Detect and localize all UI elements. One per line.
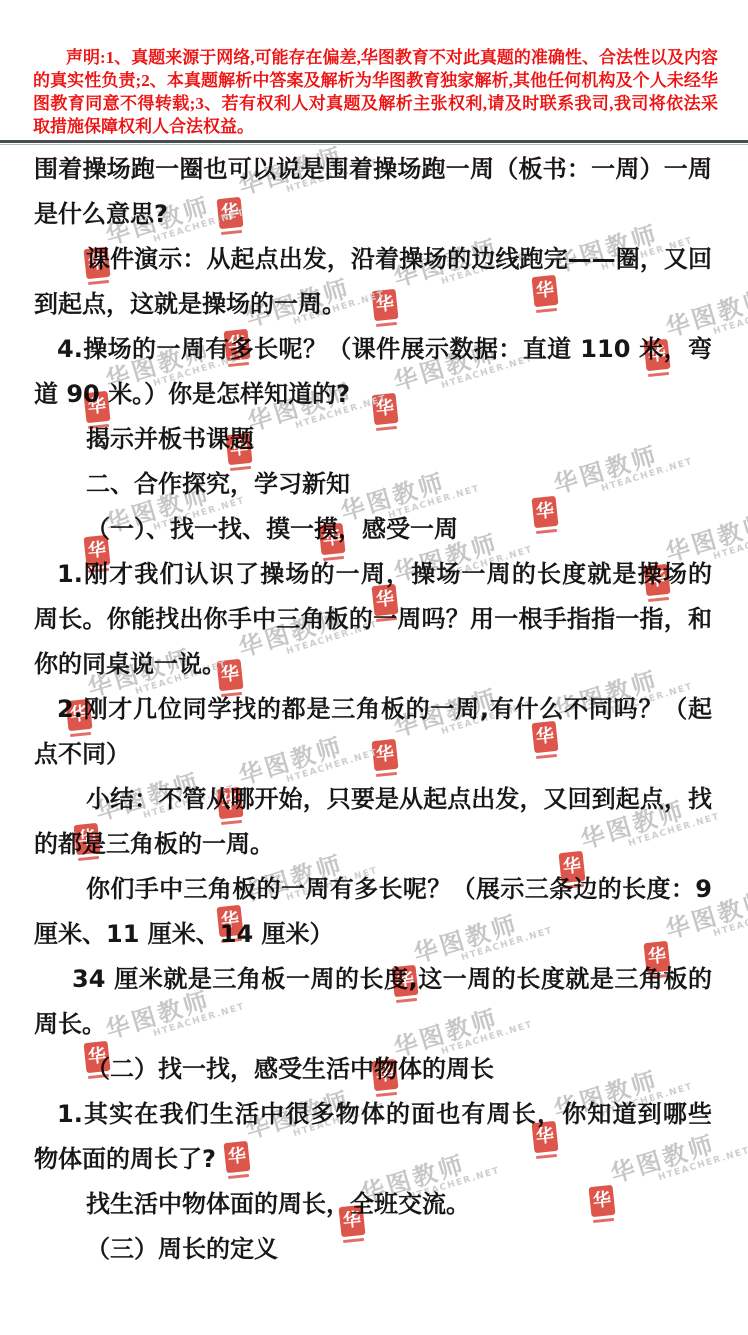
body-line: 是什么意思?	[34, 192, 712, 237]
body-line: 34 厘米就是三角板一周的长度,这一周的长度就是三角板的	[34, 957, 712, 1002]
body-line: 周长。	[34, 1002, 712, 1047]
document-body: 围着操场跑一圈也可以说是围着操场跑一周（板书：一周）一周是什么意思?课件演示：从…	[0, 145, 748, 1272]
body-line: 物体面的周长了?	[34, 1137, 712, 1182]
body-line: 二、合作探究，学习新知	[34, 462, 712, 507]
body-line: 4.操场的一周有多长呢？（课件展示数据：直道 110 米，弯	[34, 327, 712, 372]
body-line: 你的同桌说一说。	[34, 642, 712, 687]
body-line: 厘米、11 厘米、14 厘米）	[34, 912, 712, 957]
body-line: 点不同）	[34, 732, 712, 777]
body-line: 1.其实在我们生活中很多物体的面也有周长，你知道到哪些	[34, 1092, 712, 1137]
body-line: 小结：不管从哪开始，只要是从起点出发，又回到起点，找	[34, 777, 712, 822]
disclaimer: 声明:1、真题来源于网络,可能存在偏差,华图教育不对此真题的准确性、合法性以及内…	[0, 0, 748, 138]
body-line: 到起点，这就是操场的一周。	[34, 282, 712, 327]
body-line: （二）找一找，感受生活中物体的周长	[34, 1047, 712, 1092]
body-line: 课件演示：从起点出发，沿着操场的边线跑完——圈，又回	[34, 237, 712, 282]
body-line: 道 90 米。）你是怎样知道的?	[34, 372, 712, 417]
body-line: 围着操场跑一圈也可以说是围着操场跑一周（板书：一周）一周	[34, 147, 712, 192]
body-line: 找生活中物体面的周长，全班交流。	[34, 1182, 712, 1227]
disclaimer-line-text: 1、真题来源于网络,可能存在偏差,华图教育不对此真题的准确性、合法性以及内容	[106, 48, 718, 67]
disclaimer-line: 声明:1、真题来源于网络,可能存在偏差,华图教育不对此真题的准确性、合法性以及内…	[33, 46, 718, 69]
document-page: 华华图教师HTEACHER.NET华华图教师HTEACHER.NET华华图教师H…	[0, 0, 748, 1335]
body-line: （一）、找一找、摸一摸，感受一周	[34, 507, 712, 552]
body-line: 你们手中三角板的一周有多长呢？（展示三条边的长度：9	[34, 867, 712, 912]
disclaimer-line: 取措施保障权利人合法权益。	[33, 115, 718, 138]
body-line: 周长。你能找出你手中三角板的一周吗？用一根手指指一指，和	[34, 597, 712, 642]
body-line: 1.刚才我们认识了操场的一周，操场一周的长度就是操场的	[34, 552, 712, 597]
body-line: 揭示并板书课题	[34, 417, 712, 462]
body-line: 的都是三角板的一周。	[34, 822, 712, 867]
body-line: （三）周长的定义	[34, 1227, 712, 1272]
disclaimer-line: 的真实性负责;2、本真题解析中答案及解析为华图教育独家解析,其他任何机构及个人未…	[33, 69, 718, 92]
disclaimer-line: 图教育同意不得转载;3、若有权利人对真题及解析主张权利,请及时联系我司,我司将依…	[33, 92, 718, 115]
disclaimer-lead: 声明:	[66, 48, 106, 67]
body-line: 2.刚才几位同学找的都是三角板的一周,有什么不同吗？（起	[34, 687, 712, 732]
